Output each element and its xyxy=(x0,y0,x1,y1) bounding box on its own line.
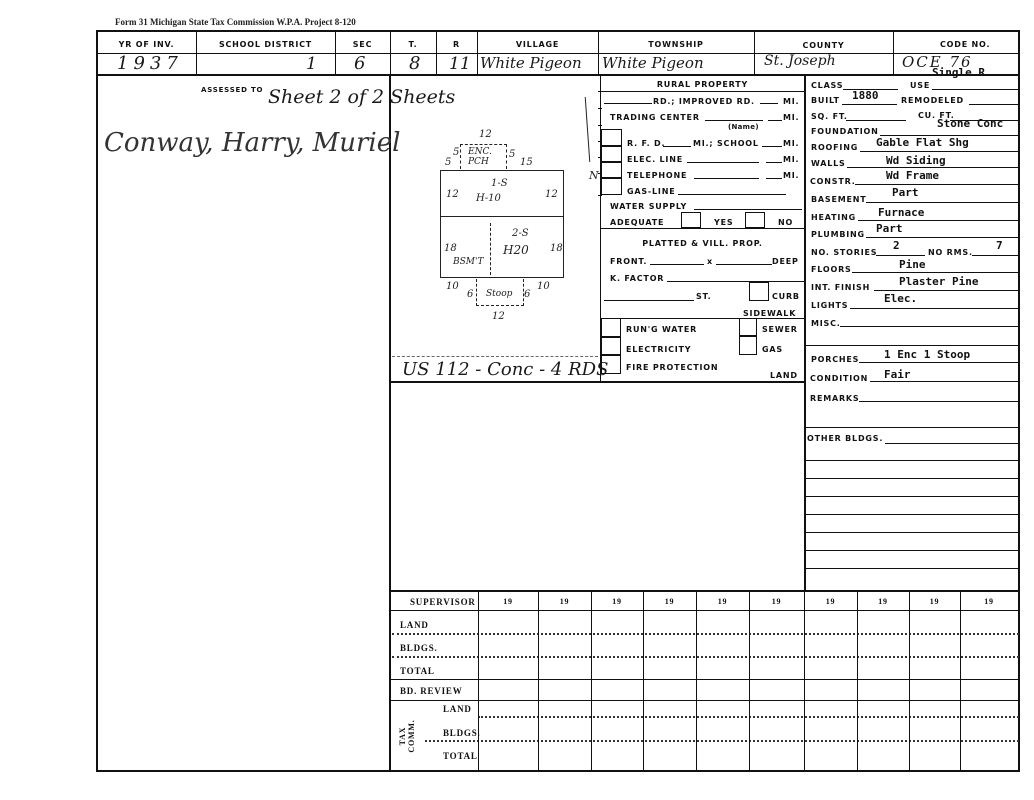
sketch-label-enc-porch: ENC. PCH xyxy=(468,147,498,167)
foundation-value[interactable]: Stone Conc xyxy=(937,117,1003,130)
header-village: VILLAGE xyxy=(477,40,598,49)
other-bldgs-blank xyxy=(885,443,1018,444)
remarks-label: REMARKS xyxy=(810,394,860,403)
header-sec: SEC xyxy=(335,40,390,49)
sq-ft-blank xyxy=(846,120,906,121)
gas-line-label: GAS-LINE xyxy=(627,187,675,196)
use-blank xyxy=(932,89,1018,90)
road-note-divider xyxy=(392,356,598,357)
gas-label: GAS xyxy=(762,345,783,354)
remodeled-blank xyxy=(969,104,1018,105)
header-school-district: SCHOOL DISTRICT xyxy=(196,40,335,49)
st-blank xyxy=(604,300,694,301)
fire-protection-label: FIRE PROTECTION xyxy=(626,363,718,372)
rooms-value[interactable]: 7 xyxy=(996,239,1003,252)
rooms-blank xyxy=(972,255,1018,256)
front-label: FRONT. xyxy=(610,257,647,266)
header-county: COUNTY xyxy=(754,41,893,50)
roofing-blank xyxy=(860,151,1018,152)
col-div xyxy=(390,30,391,75)
year-column-header: 19 xyxy=(696,597,749,606)
stories-value[interactable]: 2 xyxy=(893,239,900,252)
sketch-lower-block xyxy=(440,215,564,278)
rule xyxy=(390,590,1019,592)
rd-improved-label: RD.; IMPROVED RD. xyxy=(653,97,755,106)
sketch-bsmt-divider xyxy=(490,223,491,275)
stories-blank xyxy=(876,255,925,256)
dim: 5 xyxy=(453,147,459,158)
dim: 5 xyxy=(509,149,515,160)
dim: 5 xyxy=(445,157,451,168)
year-column-header: 19 xyxy=(643,597,696,606)
sketch-label: H-10 xyxy=(476,193,501,204)
col-div xyxy=(196,30,197,75)
dim: 12 xyxy=(446,189,459,200)
header-yr-of-inv: YR OF INV. xyxy=(97,40,196,49)
int-finish-label: INT. FINISH xyxy=(811,283,870,292)
value-county[interactable]: St. Joseph xyxy=(764,53,836,69)
land-label: LAND xyxy=(770,371,798,380)
adequate-no-checkbox[interactable] xyxy=(745,212,765,228)
remarks-blank xyxy=(859,401,1018,402)
header-code-no: CODE NO. xyxy=(940,40,990,49)
dim: 18 xyxy=(444,243,457,254)
no-label: NO xyxy=(778,218,793,227)
value-township[interactable]: White Pigeon xyxy=(602,54,704,72)
owner-name[interactable]: Conway, Harry, Muriel xyxy=(104,128,400,158)
water-supply-blank xyxy=(694,209,802,210)
tick xyxy=(598,125,602,126)
deep-label: DEEP xyxy=(772,257,799,266)
heating-value[interactable]: Furnace xyxy=(878,206,924,219)
roofing-label: ROOFING xyxy=(811,143,858,152)
running-water-checkbox[interactable] xyxy=(601,318,621,338)
adequate-yes-checkbox[interactable] xyxy=(681,212,701,228)
condition-value[interactable]: Fair xyxy=(884,368,911,381)
value-year[interactable]: 1937 xyxy=(117,53,183,74)
row-land-label: LAND xyxy=(400,620,429,630)
sidewalk-label: SIDEWALK xyxy=(743,309,796,318)
year-column-values[interactable] xyxy=(961,611,1017,770)
curb-label: CURB xyxy=(772,292,800,301)
trading-center-mi-blank xyxy=(768,120,782,121)
tax-comm-label: TAX COMM. xyxy=(398,711,416,761)
condition-label: CONDITION xyxy=(810,374,868,383)
dim: 6 xyxy=(524,289,530,300)
year-column-header: 19 xyxy=(857,597,909,606)
porches-value[interactable]: 1 Enc 1 Stoop xyxy=(884,348,970,361)
header-township: TOWNSHIP xyxy=(598,40,754,49)
school-blank xyxy=(762,146,782,147)
condition-blank xyxy=(870,381,1018,382)
year-column-header: 19 xyxy=(960,597,1018,606)
int-finish-blank xyxy=(874,290,1018,291)
walls-value[interactable]: Wd Siding xyxy=(886,154,946,167)
road-note[interactable]: US 112 - Conc - 4 RDS xyxy=(402,359,608,380)
north-label: N xyxy=(589,169,599,182)
plumbing-label: PLUMBING xyxy=(811,230,865,239)
heating-label: HEATING xyxy=(811,213,856,222)
sketch-label: BSM'T xyxy=(453,257,483,267)
basement-blank xyxy=(866,202,1018,203)
col-div xyxy=(893,30,894,75)
year-column-values[interactable] xyxy=(644,611,695,770)
gas-line-blank xyxy=(678,194,786,195)
walls-blank xyxy=(847,167,1018,168)
rfd-blank xyxy=(663,146,691,147)
year-column-values[interactable] xyxy=(539,611,590,770)
col-div xyxy=(335,30,336,75)
tc-bldgs-label: BLDGS. xyxy=(443,728,481,738)
roofing-value[interactable]: Gable Flat Shg xyxy=(876,136,969,149)
col-div xyxy=(436,30,437,75)
elec-mi-blank xyxy=(766,162,782,163)
telephone-label: TELEPHONE xyxy=(627,171,687,180)
header-t: T. xyxy=(390,40,436,49)
dim: 15 xyxy=(520,157,533,168)
other-bldgs-line xyxy=(805,478,1018,479)
year-column-values[interactable] xyxy=(592,611,642,770)
valuation-table: SUPERVISOR LAND BLDGS. TOTAL BD. REVIEW … xyxy=(390,590,1019,771)
plumbing-blank xyxy=(866,237,1018,238)
built-value[interactable]: 1880 xyxy=(852,89,879,102)
rule xyxy=(601,91,804,92)
mi-label: MI. xyxy=(783,171,799,180)
improved-blank xyxy=(760,103,778,104)
elec-line-blank xyxy=(687,162,759,163)
telephone-blank xyxy=(694,178,759,179)
year-column-header: 19 xyxy=(909,597,960,606)
year-column-header: 19 xyxy=(478,597,538,606)
year-column-header: 19 xyxy=(749,597,804,606)
porches-label: PORCHES xyxy=(811,355,859,364)
dim: 18 xyxy=(550,243,563,254)
header-r: R xyxy=(436,40,477,49)
gas-line-checkbox[interactable] xyxy=(601,177,622,195)
running-water-label: RUN'G WATER xyxy=(626,325,697,334)
other-bldgs-line xyxy=(805,514,1018,515)
other-bldgs-line xyxy=(805,460,1018,461)
foundation-label: FOUNDATION xyxy=(811,127,879,136)
rooms-label: NO RMS. xyxy=(928,248,973,257)
mi-label: MI. xyxy=(783,113,799,122)
rfd-label: R. F. D. xyxy=(627,139,665,148)
lights-blank xyxy=(850,308,1018,309)
supervisor-label: SUPERVISOR xyxy=(410,597,476,607)
adequate-label: ADEQUATE xyxy=(610,218,664,227)
use-value[interactable]: Single R xyxy=(932,66,985,79)
heating-blank xyxy=(858,220,1018,221)
plumbing-value[interactable]: Part xyxy=(876,222,903,235)
value-r[interactable]: 11 xyxy=(449,54,471,74)
year-column-values[interactable] xyxy=(858,611,908,770)
row-bldgs-label: BLDGS. xyxy=(400,643,438,653)
porches-blank xyxy=(859,362,1018,363)
sketch-label: Stoop xyxy=(486,289,512,299)
water-supply-label: WATER SUPPLY xyxy=(610,202,687,211)
frame-left xyxy=(96,30,98,772)
misc-label: MISC. xyxy=(811,319,841,328)
col-div xyxy=(598,30,599,75)
rd-blank xyxy=(604,103,652,104)
year-column-header: 19 xyxy=(538,597,591,606)
curb-checkbox[interactable] xyxy=(749,282,769,301)
rule xyxy=(390,381,805,383)
rule xyxy=(601,228,804,229)
tick xyxy=(598,195,602,196)
walls-label: WALLS xyxy=(811,159,846,168)
sq-ft-label: SQ. FT. xyxy=(811,112,848,121)
value-village[interactable]: White Pigeon xyxy=(480,54,582,72)
gas-checkbox[interactable] xyxy=(739,335,757,355)
trading-center-label: TRADING CENTER xyxy=(610,113,700,122)
year-column-header: 19 xyxy=(804,597,857,606)
dim: 12 xyxy=(492,311,505,322)
constr-label: CONSTR. xyxy=(810,177,856,186)
dim: 10 xyxy=(446,281,459,292)
dim: 6 xyxy=(467,289,473,300)
value-sec[interactable]: 6 xyxy=(354,53,365,74)
class-label: CLASS xyxy=(811,81,843,90)
rule xyxy=(601,318,804,319)
built-blank xyxy=(842,104,897,105)
telephone-mi-blank xyxy=(766,178,782,179)
x-label: x xyxy=(707,257,713,266)
year-column-values[interactable] xyxy=(805,611,856,770)
floors-value[interactable]: Pine xyxy=(899,258,926,271)
sketch-label: H20 xyxy=(503,243,529,257)
value-t[interactable]: 8 xyxy=(409,53,420,74)
dim: 12 xyxy=(479,129,492,140)
stories-label: NO. STORIES xyxy=(811,248,877,257)
other-bldgs-line xyxy=(805,496,1018,497)
year-column-values[interactable] xyxy=(697,611,748,770)
st-label: ST. xyxy=(696,292,711,301)
remodeled-label: REMODELED xyxy=(901,96,964,105)
tc-land-label: LAND xyxy=(443,704,472,714)
lights-value[interactable]: Elec. xyxy=(884,292,917,305)
floors-blank xyxy=(852,272,1018,273)
col-div xyxy=(754,30,755,75)
dim: 10 xyxy=(537,281,550,292)
electricity-label: ELECTRICITY xyxy=(626,345,691,354)
misc-blank xyxy=(840,326,1018,327)
mi-label: MI. xyxy=(783,155,799,164)
rural-property-heading: RURAL PROPERTY xyxy=(601,80,804,89)
rfd-school-label: MI.; SCHOOL xyxy=(693,139,759,148)
sketch-label: 1-S xyxy=(491,178,508,189)
north-arrow-icon xyxy=(585,97,591,162)
year-column-values[interactable] xyxy=(750,611,803,770)
bd-review-label: BD. REVIEW xyxy=(400,686,463,696)
other-bldgs-line xyxy=(805,550,1018,551)
deep-blank xyxy=(716,264,772,265)
front-blank xyxy=(650,264,704,265)
rule xyxy=(805,345,1018,346)
year-column-values[interactable] xyxy=(910,611,959,770)
assessed-to-label: ASSESSED TO xyxy=(201,86,263,94)
k-factor-blank xyxy=(667,281,804,282)
trading-center-blank xyxy=(705,120,763,121)
tc-total-label: TOTAL xyxy=(443,751,478,761)
sketch-label: 2-S xyxy=(512,228,529,239)
dim: 12 xyxy=(545,189,558,200)
lights-label: LIGHTS xyxy=(811,301,848,310)
mi-label: MI. xyxy=(783,97,799,106)
col-div xyxy=(477,30,478,75)
row-total-label: TOTAL xyxy=(400,666,435,676)
k-factor-label: K. FACTOR xyxy=(610,274,664,283)
int-finish-value[interactable]: Plaster Pine xyxy=(899,275,978,288)
yes-label: YES xyxy=(714,218,733,227)
rule xyxy=(805,427,1018,428)
year-column-values[interactable] xyxy=(479,611,537,770)
year-column-header: 19 xyxy=(591,597,643,606)
tick xyxy=(598,108,602,109)
building-sketch: 12 5 5 5 15 ENC. PCH 1-S H-10 12 12 2-S … xyxy=(390,75,600,355)
form-title: Form 31 Michigan State Tax Commission W.… xyxy=(115,17,356,27)
name-hint: (Name) xyxy=(728,123,759,131)
frame-top xyxy=(97,30,1020,32)
basement-value[interactable]: Part xyxy=(892,186,919,199)
built-label: BUILT xyxy=(811,96,840,105)
constr-value[interactable]: Wd Frame xyxy=(886,169,939,182)
other-bldgs-line xyxy=(805,532,1018,533)
floors-label: FLOORS xyxy=(811,265,852,274)
elec-line-label: ELEC. LINE xyxy=(627,155,683,164)
constr-blank xyxy=(855,184,1018,185)
other-bldgs-line xyxy=(805,568,1018,569)
electricity-checkbox[interactable] xyxy=(601,336,621,356)
sewer-label: SEWER xyxy=(762,325,798,334)
platted-heading: PLATTED & VILL. PROP. xyxy=(601,239,804,248)
use-label: USE xyxy=(910,81,930,90)
basement-label: BASEMENT xyxy=(811,195,867,204)
mi-label: MI. xyxy=(783,139,799,148)
fire-protection-checkbox[interactable] xyxy=(601,354,621,374)
other-bldgs-label: OTHER BLDGS. xyxy=(807,434,883,443)
value-school-district[interactable]: 1 xyxy=(306,54,317,74)
